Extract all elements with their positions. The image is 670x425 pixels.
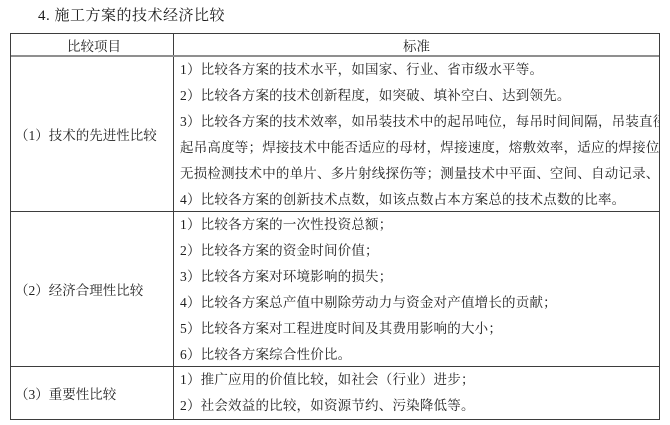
table-header-row: 比较项目 标准 [11,34,659,57]
item-cell: （1）技术的先进性比较 [11,57,174,211]
standard-line: 起吊高度等；焊接技术中能否适应的母材，焊接速度，熔敷效率，适应的焊接位置等； [180,135,659,161]
standard-cell: 1）比较各方案的一次性投资总额； 2）比较各方案的资金时间价值； 3）比较各方案… [174,212,659,366]
standard-line: 1）比较各方案的技术水平，如国家、行业、省市级水平等。 [180,57,659,83]
standard-line: 3）比较各方案对环境影响的损失； [180,264,659,290]
header-cell-item: 比较项目 [11,34,174,55]
item-cell: （2）经济合理性比较 [11,212,174,366]
standard-line: 4）比较各方案总产值中剔除劳动力与资金对产值增长的贡献； [180,290,659,316]
comparison-table: 比较项目 标准 （1）技术的先进性比较 1）比较各方案的技术水平，如国家、行业、… [10,33,660,420]
standard-line: 4）比较各方案的创新技术点数，如该点数占本方案总的技术点数的比率。 [180,187,659,211]
document-page: 4. 施工方案的技术经济比较 比较项目 标准 （1）技术的先进性比较 1）比较各… [0,6,670,425]
standard-cell: 1）推广应用的价值比较，如社会（行业）进步； 2）社会效益的比较，如资源节约、污… [174,367,659,419]
item-cell: （3）重要性比较 [11,367,174,419]
table-row-importance: （3）重要性比较 1）推广应用的价值比较，如社会（行业）进步； 2）社会效益的比… [11,367,659,419]
standard-line: 2）比较各方案的技术创新程度，如突破、填补空白、达到领先。 [180,83,659,109]
standard-line: 2）比较各方案的资金时间价值； [180,238,659,264]
standard-cell: 1）比较各方案的技术水平，如国家、行业、省市级水平等。 2）比较各方案的技术创新… [174,57,659,211]
standard-line: 5）比较各方案对工程进度时间及其费用影响的大小； [180,316,659,342]
standard-line: 1）比较各方案的一次性投资总额； [180,212,659,238]
standard-line: 1）推广应用的价值比较，如社会（行业）进步； [180,367,659,393]
table-row-economic-rationality: （2）经济合理性比较 1）比较各方案的一次性投资总额； 2）比较各方案的资金时间… [11,212,659,367]
standard-line: 2）社会效益的比较，如资源节约、污染降低等。 [180,393,659,419]
standard-line: 6）比较各方案综合性价比。 [180,342,659,366]
table-row-technical-advancement: （1）技术的先进性比较 1）比较各方案的技术水平，如国家、行业、省市级水平等。 … [11,57,659,212]
standard-line: 3）比较各方案的技术效率，如吊装技术中的起吊吨位，每吊时间间隔，吊装直径范围， [180,109,659,135]
header-cell-standard: 标准 [174,34,659,55]
standard-line: 无损检测技术中的单片、多片射线探伤等；测量技术中平面、空间、自动记录、绘图等。 [180,161,659,187]
section-title: 4. 施工方案的技术经济比较 [38,6,670,26]
